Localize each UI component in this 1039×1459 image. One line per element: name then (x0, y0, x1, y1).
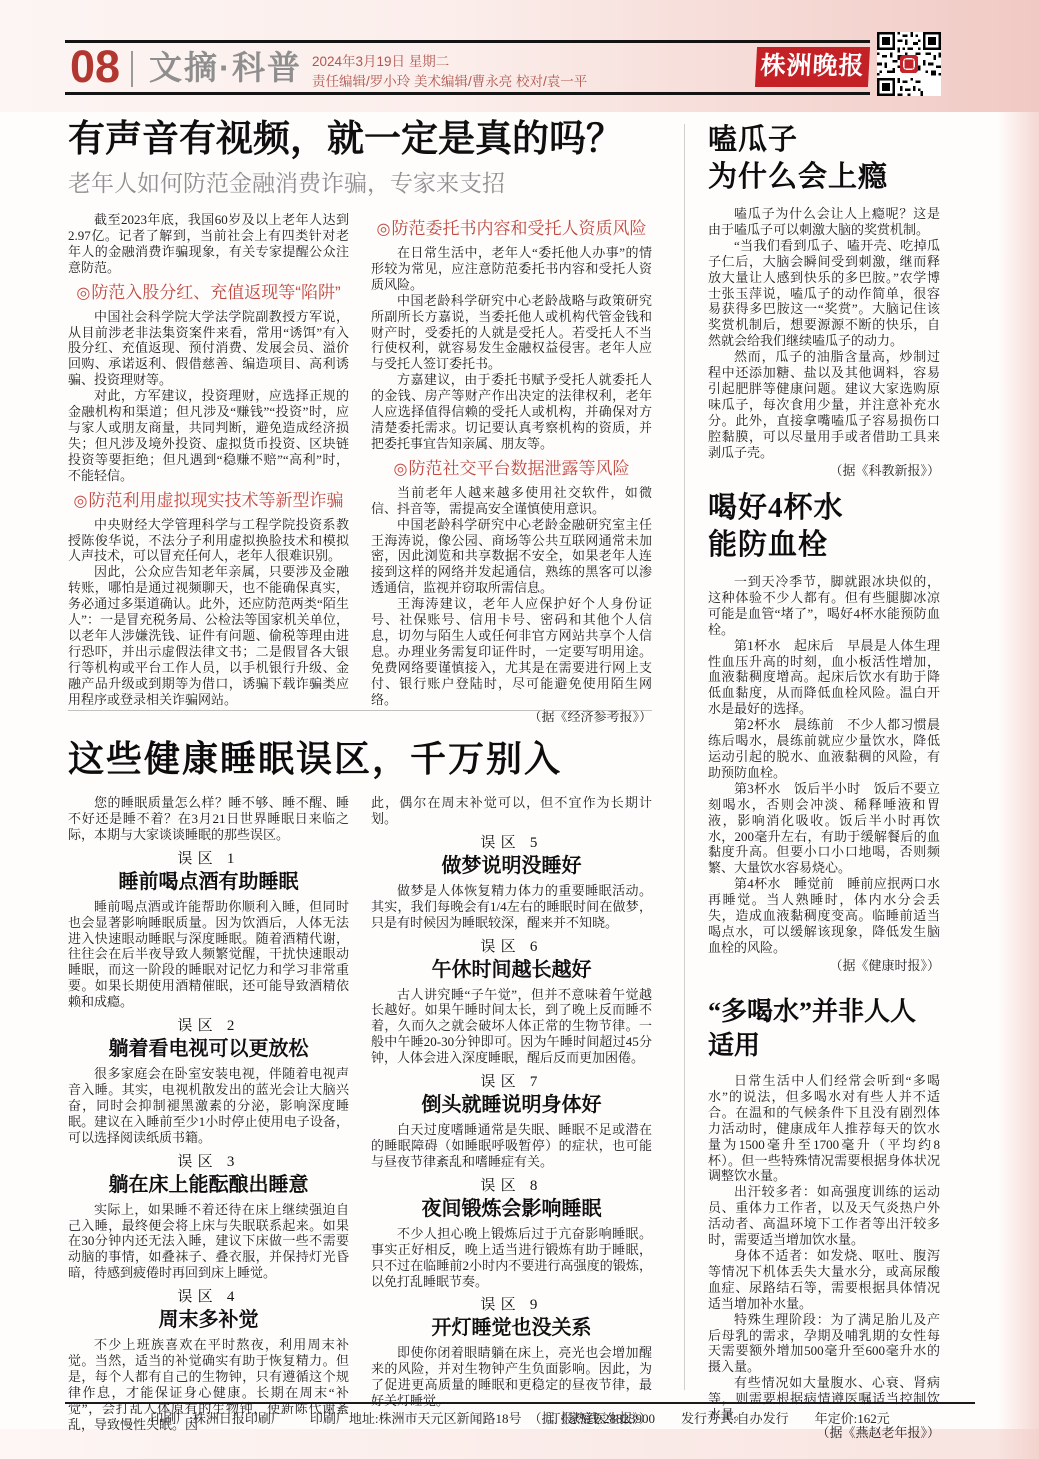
ring-bullet-icon: ◎ (76, 285, 90, 302)
paragraph: 王海涛建议，老年人应保护好个人身份证号、社保账号、信用卡号、密码和其他个人信息，… (371, 596, 652, 707)
myth-heading: 误区 1睡前喝点酒有助睡眠 (68, 851, 349, 894)
article-divider-rule (68, 710, 652, 711)
paragraph: 古人讲究睡“子午觉”，但并不意味着午觉越长越好。如果午睡时间太长，到了晚上反而睡… (371, 987, 652, 1067)
section-heading: ◎防范利用虚拟现实技术等新型诈骗 (68, 491, 349, 512)
paragraph: 中国老龄科学研究中心老龄金融研究室主任王海涛说，像公园、商场等公共互联网通常未加… (371, 517, 652, 597)
masthead-logo: 株洲晚报 (755, 47, 870, 87)
sidebar-column-rule (684, 124, 685, 1390)
paragraph: 因此，公众应告知老年亲属，只要涉及金融转账，哪怕是通过视频聊天，也不能确保真实，… (68, 564, 349, 707)
paragraph: 一到天冷季节，脚就跟冰块似的，这种体验不少人都有。但有些腿脚冰凉可能是血管“堵了… (708, 574, 940, 638)
paragraph: 实际上，如果睡不着还待在床上继续强迫自己入睡，最终便会将上床与失眠联系起来。如果… (68, 1202, 349, 1282)
source-credit: （据《科教新报》） (708, 463, 940, 479)
paragraph: 很多家庭会在卧室安装电视，伴随着电视声音入睡。其实，电视机散发出的蓝光会让大脑兴… (68, 1066, 349, 1146)
article1-columns: 截至2023年底，我国60岁及以上老年人达到2.97亿。记者了解到，当前社会上有… (68, 212, 652, 725)
page-number: 08 (70, 44, 120, 90)
source-credit: （据《健康时报》） (708, 958, 940, 974)
sidebar-article3-body: 日常生活中人们经常会听到“多喝水”的说法，但多喝水对有些人并不适合。在温和的气候… (708, 1073, 940, 1441)
footer-imprint: 印刷厂:株洲日报印刷厂 印刷厂地址:株洲市天元区新闻路18号 订报热线:2882… (65, 1410, 975, 1428)
paragraph: 第2杯水 晨练前 不少人都习惯晨练后喝水，晨练前就应少量饮水，降低运动引起的脱水… (708, 717, 940, 781)
paragraph: 不少人担心晚上锻炼后过于亢奋影响睡眠。事实正好相反，晚上适当进行锻炼有助于睡眠，… (371, 1226, 652, 1290)
paragraph: 此，偶尔在周末补觉可以，但不宜作为长期计划。 (371, 795, 652, 827)
article1-column-2: ◎防范委托书内容和受托人资质风险在日常生活中，老年人“委托他人办事”的情形较为常… (371, 212, 652, 725)
ring-bullet-icon: ◎ (377, 221, 391, 238)
ring-bullet-icon: ◎ (74, 493, 88, 510)
paragraph: 第1杯水 起床后 早晨是人体生理性血压升高的时刻，血小板活性增加，血液黏稠度增高… (708, 638, 940, 718)
paragraph: 身体不适者：如发烧、呕吐、腹泻等情况下机体丢失大量水分，或高尿酸血症、尿路结石等… (708, 1248, 940, 1312)
myth-heading: 误区 2躺着看电视可以更放松 (68, 1018, 349, 1061)
paragraph: 您的睡眠质量怎么样？睡不够、睡不醒、睡不好还是睡不着？在3月21日世界睡眠日来临… (68, 795, 349, 843)
section-heading: ◎防范委托书内容和受托人资质风险 (371, 219, 652, 240)
paragraph: 即使你闭着眼睛躺在床上，亮光也会增加醒来的风险，并对生物钟产生负面影响。因此，为… (371, 1345, 652, 1409)
paragraph: “当我们看到瓜子、嗑开壳、吃掉瓜子仁后，大脑会瞬间受到刺激，继而释放大量让人感到… (708, 238, 940, 349)
myth-heading: 误区 6午休时间越长越好 (371, 939, 652, 982)
article-fraud-prevention: 有声音有视频，就一定是真的吗？ 老年人如何防范金融消费诈骗，专家来支招 截至20… (68, 116, 652, 725)
source-credit: （据《经济参考报》） (371, 709, 652, 725)
paragraph: 中央财经大学管理科学与工程学院投资系教授陈俊华说，不法分子利用虚拟换脸技术和模拟… (68, 517, 349, 565)
article2-column-1: 您的睡眠质量怎么样？睡不够、睡不醒、睡不好还是睡不着？在3月21日世界睡眠日来临… (68, 795, 349, 1433)
paragraph: 对此，方军建议，投资理财，应选择正规的金融机构和渠道；但凡涉及“赚钱”“投资”时… (68, 388, 349, 483)
sidebar-article-sunflower-seeds: 嗑瓜子 为什么会上瘾 嗑瓜子为什么会让人上瘾呢？这是由于嗑瓜子可以刺激大脑的奖赏… (708, 122, 940, 479)
paragraph: 中国老龄科学研究中心老龄战略与政策研究所副所长方嘉说，当委托他人或机构代管金钱和… (371, 293, 652, 373)
right-pink-wash (997, 112, 1039, 1459)
header-rule-top (65, 40, 870, 43)
paragraph: 截至2023年底，我国60岁及以上老年人达到2.97亿。记者了解到，当前社会上有… (68, 212, 349, 276)
article2-title: 这些健康睡眠误区，千万别入 (68, 735, 652, 783)
newspaper-page: 08 文摘·科普 2024年3月19日 星期二 责任编辑/罗小玲 美术编辑/曹永… (0, 0, 1039, 1459)
myth-heading: 误区 9开灯睡觉也没关系 (371, 1297, 652, 1340)
paragraph: 当前老年人越来越多使用社交软件，如微信、抖音等，需提高安全谨慎使用意识。 (371, 485, 652, 517)
sidebar-article1-body: 嗑瓜子为什么会让人上瘾呢？这是由于嗑瓜子可以刺激大脑的奖赏机制。“当我们看到瓜子… (708, 206, 940, 479)
myth-heading: 误区 4周末多补觉 (68, 1289, 349, 1332)
date-line: 2024年3月19日 星期二 (312, 50, 449, 70)
ring-bullet-icon: ◎ (394, 461, 408, 478)
paragraph: 第4杯水 睡觉前 睡前应抿两口水再睡觉。当人熟睡时，体内水分会丢失，造成血液黏稠… (708, 876, 940, 956)
paragraph: 然而，瓜子的油脂含量高，炒制过程中还添加糖、盐以及其他调料，容易引起肥胖等健康问… (708, 349, 940, 460)
article1-column-1: 截至2023年底，我国60岁及以上老年人达到2.97亿。记者了解到，当前社会上有… (68, 212, 349, 725)
paragraph: 出汗较多者：如高强度训练的运动员、重体力工作者，以及天气炎热户外活动者、高温环境… (708, 1184, 940, 1248)
sidebar-article3-title: “多喝水”并非人人适用 (708, 995, 940, 1063)
section-heading: ◎防范入股分红、充值返现等“陷阱” (68, 283, 349, 304)
article2-columns: 您的睡眠质量怎么样？睡不够、睡不醒、睡不好还是睡不着？在3月21日世界睡眠日来临… (68, 795, 652, 1433)
sidebar-article2-body: 一到天冷季节，脚就跟冰块似的，这种体验不少人都有。但有些腿脚冰凉可能是血管“堵了… (708, 574, 940, 974)
header-divider-bar (131, 51, 133, 87)
paragraph: 在日常生活中，老年人“委托他人办事”的情形较为常见，应注意防范委托书内容和受托人… (371, 245, 652, 293)
article1-title: 有声音有视频，就一定是真的吗？ (68, 116, 652, 162)
paragraph: 特殊生理阶段：为了满足胎儿及产后母乳的需求，孕期及哺乳期的女性每天需要额外增加5… (708, 1312, 940, 1376)
paragraph: 白天过度嗜睡通常是失眠、睡眠不足或潜在的睡眠障碍（如睡眠呼吸暂停）的症状，也可能… (371, 1122, 652, 1170)
paragraph: 日常生活中人们经常会听到“多喝水”的说法，但多喝水对有些人并不适合。在温和的气候… (708, 1073, 940, 1184)
paragraph: 第3杯水 饭后半小时 饭后不要立刻喝水，否则会冲淡、稀释唾液和胃液，影响消化吸收… (708, 781, 940, 876)
article2-column-2: 此，偶尔在周末补觉可以，但不宜作为长期计划。误区 5做梦说明没睡好做梦是人体恢复… (371, 795, 652, 1433)
paragraph: 睡前喝点酒或许能帮助你顺利入睡，但同时也会显著影响睡眠质量。因为饮酒后，人体无法… (68, 899, 349, 1010)
section-title: 文摘·科普 (149, 47, 302, 89)
section-heading: ◎防范社交平台数据泄露等风险 (371, 459, 652, 480)
article-sleep-myths: 这些健康睡眠误区，千万别入 您的睡眠质量怎么样？睡不够、睡不醒、睡不好还是睡不着… (68, 735, 652, 1433)
myth-heading: 误区 7倒头就睡说明身体好 (371, 1074, 652, 1117)
paragraph: 嗑瓜子为什么会让人上瘾呢？这是由于嗑瓜子可以刺激大脑的奖赏机制。 (708, 206, 940, 238)
sidebar-article-drink-more-water: “多喝水”并非人人适用 日常生活中人们经常会听到“多喝水”的说法，但多喝水对有些… (708, 995, 940, 1441)
header-rule-bottom (65, 92, 870, 95)
sidebar-article-four-cups-water: 喝好4杯水 能防血栓 一到天冷季节，脚就跟冰块似的，这种体验不少人都有。但有些腿… (708, 490, 940, 974)
footer-rule (65, 1402, 975, 1404)
myth-heading: 误区 5做梦说明没睡好 (371, 835, 652, 878)
article1-subtitle: 老年人如何防范金融消费诈骗，专家来支招 (68, 168, 652, 198)
sidebar-article1-title: 嗑瓜子 为什么会上瘾 (708, 122, 940, 196)
myth-heading: 误区 8夜间锻炼会影响睡眠 (371, 1178, 652, 1221)
paragraph: 方嘉建议，由于委托书赋予受托人就委托人的金钱、房产等财产作出决定的法律权利，老年… (371, 372, 652, 452)
qr-code (877, 32, 941, 96)
sidebar-article2-title: 喝好4杯水 能防血栓 (708, 490, 940, 564)
myth-heading: 误区 3躺在床上能酝酿出睡意 (68, 1154, 349, 1197)
paragraph: 中国社会科学院大学法学院副教授方军说，从目前涉老非法集资案件来看，常用“诱饵”有… (68, 309, 349, 389)
paragraph: 做梦是人体恢复精力体力的重要睡眠活动。其实，我们每晚会有1/4左右的睡眠时间在做… (371, 883, 652, 931)
editors-line: 责任编辑/罗小玲 美术编辑/曹永亮 校对/袁一平 (312, 70, 587, 90)
